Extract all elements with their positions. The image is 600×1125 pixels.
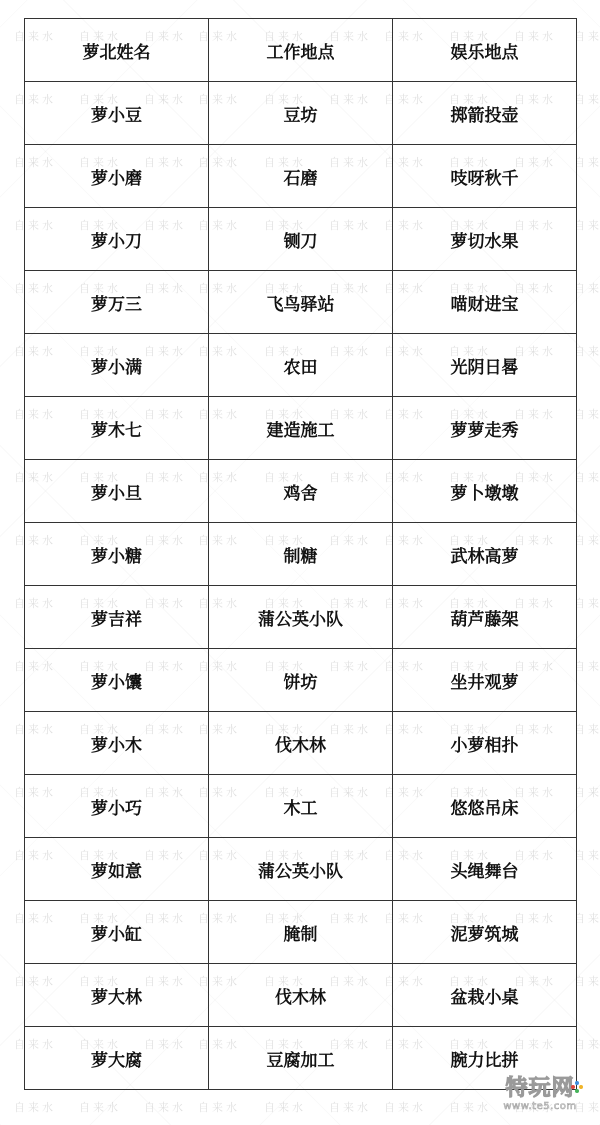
cell-work: 蒲公英小队 [209,586,393,649]
watermark-text: 自来水 [449,1099,491,1115]
cell-name: 萝小缸 [25,901,209,964]
header-work-location: 工作地点 [209,19,393,82]
watermark-text: 自来水 [574,721,600,737]
watermark-text: 自来水 [574,595,600,611]
cell-leisure: 萝卜墩墩 [393,460,577,523]
cell-name: 萝吉祥 [25,586,209,649]
site-logo: 特玩网 www.te5.com [494,1077,586,1117]
cell-work: 饼坊 [209,649,393,712]
table-row: 萝小木 伐木林 小萝相扑 [25,712,577,775]
header-leisure-location: 娱乐地点 [393,19,577,82]
cell-leisure: 光阴日晷 [393,334,577,397]
table-row: 萝小旦 鸡舍 萝卜墩墩 [25,460,577,523]
table-row: 萝木七 建造施工 萝萝走秀 [25,397,577,460]
cell-work: 伐木林 [209,712,393,775]
watermark-text: 自来水 [329,1099,371,1115]
watermark-text: 自来水 [574,910,600,926]
watermark-text: 自来水 [574,973,600,989]
cell-work: 豆坊 [209,82,393,145]
table-row: 萝小磨 石磨 吱呀秋千 [25,145,577,208]
watermark-text: 自来水 [574,532,600,548]
watermark-text: 自来水 [574,469,600,485]
character-table: 萝北姓名 工作地点 娱乐地点 萝小豆 豆坊 掷箭投壶 萝小磨 石磨 吱呀秋千 萝… [24,18,577,1090]
cell-leisure: 萝萝走秀 [393,397,577,460]
cell-name: 萝小木 [25,712,209,775]
watermark-text: 自来水 [144,1099,186,1115]
cell-name: 萝小磨 [25,145,209,208]
watermark-text: 自来水 [79,1099,121,1115]
table-row: 萝小缸 腌制 泥萝筑城 [25,901,577,964]
cell-name: 萝小糖 [25,523,209,586]
watermark-text: 自来水 [574,28,600,44]
cell-work: 石磨 [209,145,393,208]
table-row: 萝小满 农田 光阴日晷 [25,334,577,397]
header-name: 萝北姓名 [25,19,209,82]
cell-name: 萝木七 [25,397,209,460]
table-header-row: 萝北姓名 工作地点 娱乐地点 [25,19,577,82]
cell-leisure: 葫芦藤架 [393,586,577,649]
cell-name: 萝大腐 [25,1027,209,1090]
cell-leisure: 泥萝筑城 [393,901,577,964]
cell-leisure: 掷箭投壶 [393,82,577,145]
watermark-text: 自来水 [574,1036,600,1052]
watermark-text: 自来水 [264,1099,306,1115]
watermark-text: 自来水 [574,658,600,674]
cell-name: 萝万三 [25,271,209,334]
cell-work: 蒲公英小队 [209,838,393,901]
cell-leisure: 小萝相扑 [393,712,577,775]
cell-work: 腌制 [209,901,393,964]
cell-work: 飞鸟驿站 [209,271,393,334]
cell-leisure: 喵财进宝 [393,271,577,334]
watermark-text: 自来水 [574,847,600,863]
logo-url: www.te5.com [494,1101,586,1113]
cell-leisure: 武林高萝 [393,523,577,586]
cell-work: 木工 [209,775,393,838]
table-row: 萝大林 伐木林 盆栽小桌 [25,964,577,1027]
cell-name: 萝小馕 [25,649,209,712]
watermark-text: 自来水 [574,91,600,107]
watermark-text: 自来水 [198,1099,240,1115]
cell-work: 建造施工 [209,397,393,460]
cell-work: 制糖 [209,523,393,586]
cell-work: 鸡舍 [209,460,393,523]
cell-work: 豆腐加工 [209,1027,393,1090]
watermark-text: 自来水 [14,1099,56,1115]
table-row: 萝小糖 制糖 武林高萝 [25,523,577,586]
watermark-text: 自来水 [574,217,600,233]
logo-name: 特玩网 [505,1076,574,1101]
gamepad-dots-icon [571,1081,583,1093]
cell-leisure: 盆栽小桌 [393,964,577,1027]
table-row: 萝万三 飞鸟驿站 喵财进宝 [25,271,577,334]
cell-leisure: 头绳舞台 [393,838,577,901]
cell-work: 伐木林 [209,964,393,1027]
cell-name: 萝大林 [25,964,209,1027]
watermark-text: 自来水 [384,1099,426,1115]
cell-name: 萝小豆 [25,82,209,145]
logo-wordmark: 特玩网 [505,1077,574,1101]
table-row: 萝小巧 木工 悠悠吊床 [25,775,577,838]
cell-name: 萝小满 [25,334,209,397]
watermark-text: 自来水 [574,154,600,170]
cell-name: 萝如意 [25,838,209,901]
table-row: 萝吉祥 蒲公英小队 葫芦藤架 [25,586,577,649]
watermark-text: 自来水 [574,280,600,296]
watermark-text: 自来水 [574,343,600,359]
table-row: 萝小刀 铡刀 萝切水果 [25,208,577,271]
cell-leisure: 萝切水果 [393,208,577,271]
cell-work: 铡刀 [209,208,393,271]
watermark-text: 自来水 [574,784,600,800]
cell-work: 农田 [209,334,393,397]
cell-leisure: 悠悠吊床 [393,775,577,838]
cell-name: 萝小巧 [25,775,209,838]
table-row: 萝小馕 饼坊 坐井观萝 [25,649,577,712]
cell-leisure: 吱呀秋千 [393,145,577,208]
table-row: 萝如意 蒲公英小队 头绳舞台 [25,838,577,901]
watermark-text: 自来水 [574,406,600,422]
cell-name: 萝小旦 [25,460,209,523]
cell-name: 萝小刀 [25,208,209,271]
table-row: 萝小豆 豆坊 掷箭投壶 [25,82,577,145]
cell-leisure: 坐井观萝 [393,649,577,712]
